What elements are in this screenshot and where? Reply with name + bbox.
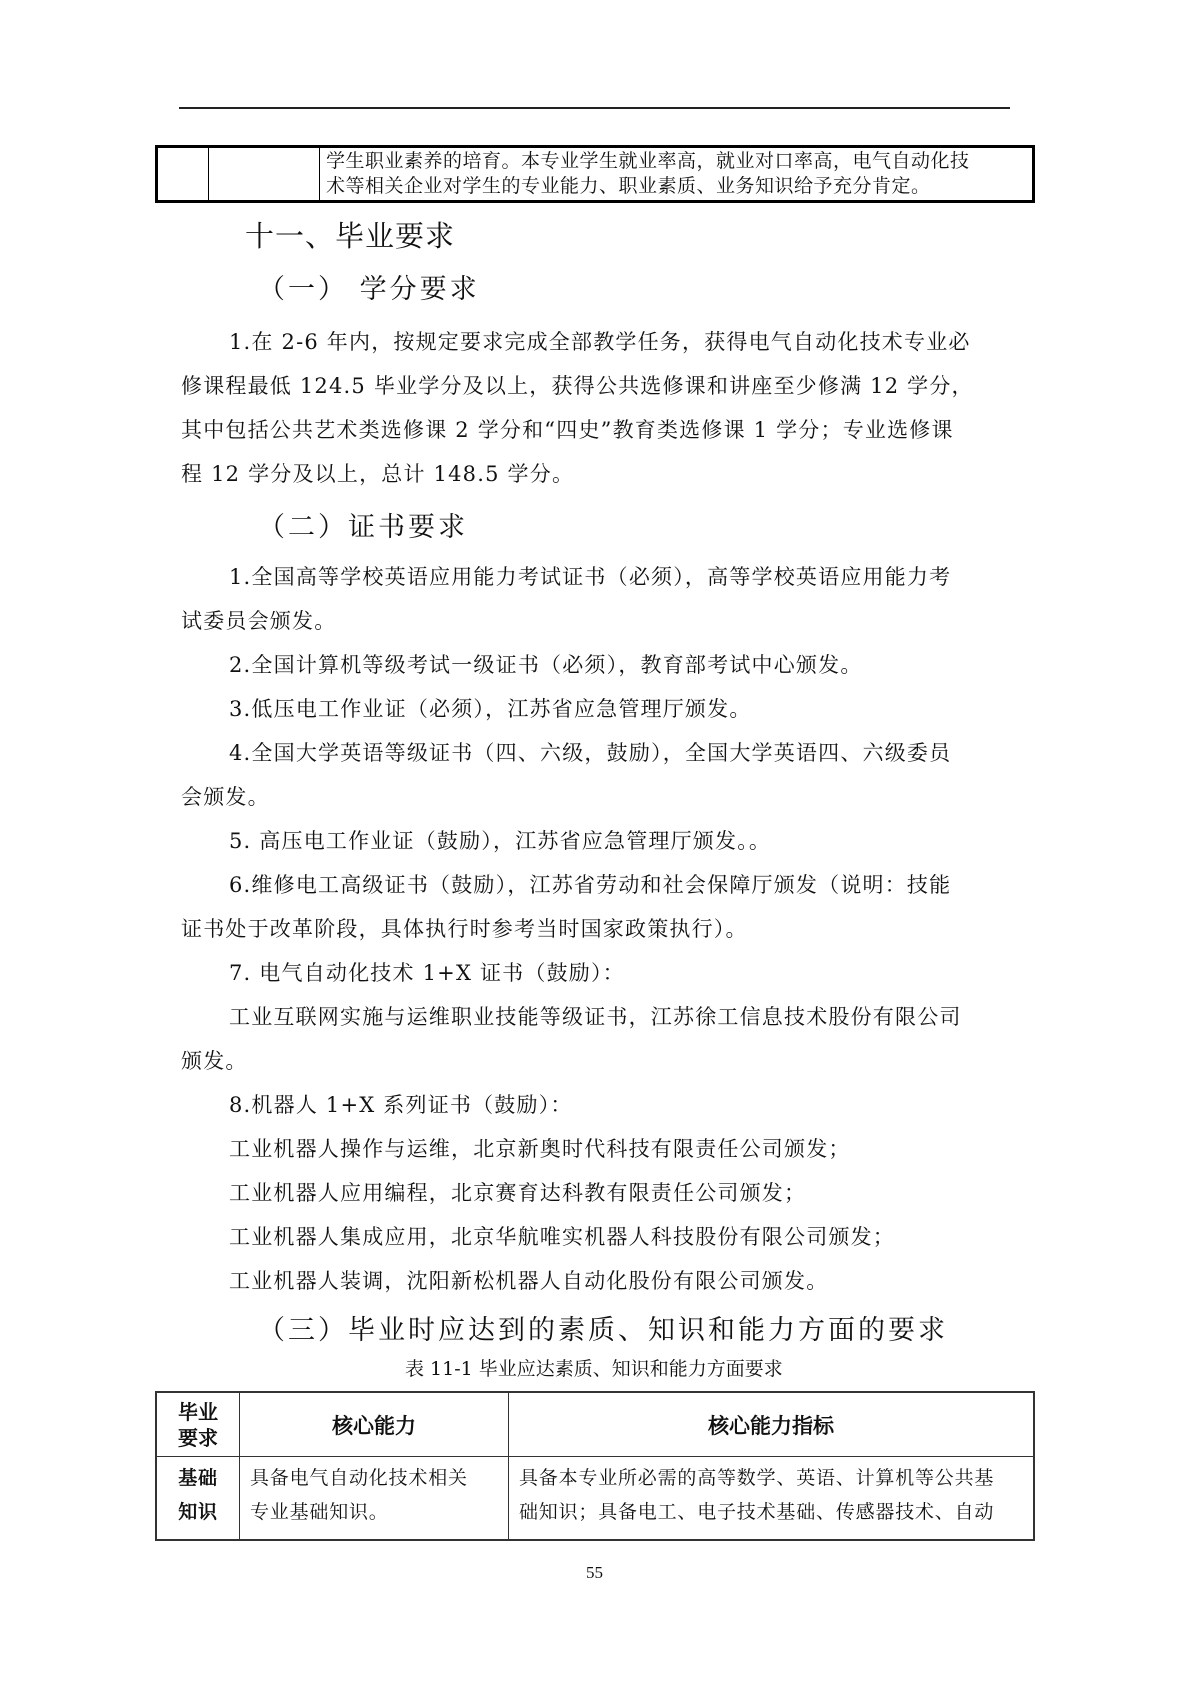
paragraph-line: 8.机器人 1+X 系列证书（鼓励）： (229, 1092, 573, 1118)
paragraph-line: 工业机器人操作与运维，北京新奥时代科技有限责任公司颁发； (229, 1136, 851, 1162)
cell-line: 专业基础知识。 (250, 1495, 498, 1529)
paragraph-line: 工业互联网实施与运维职业技能等级证书，江苏徐工信息技术股份有限公司 (229, 1004, 962, 1030)
column-header-core-ability: 核心能力 (240, 1392, 509, 1457)
paragraph-line: 会颁发。 (181, 784, 270, 810)
table-cell-text: 学生职业素养的培育。本专业学生就业率高，就业对口率高，电气自动化技 术等相关企业… (320, 147, 1034, 202)
page-number: 55 (586, 1563, 603, 1583)
cell-line: 具备电气自动化技术相关 (250, 1461, 498, 1495)
paragraph-line: 1.全国高等学校英语应用能力考试证书（必须），高等学校英语应用能力考 (229, 564, 951, 590)
cell-line: 学生职业素养的培育。本专业学生就业率高，就业对口率高，电气自动化技 (326, 149, 1026, 174)
cell-line: 术等相关企业对学生的专业能力、职业素质、业务知识给予充分肯定。 (326, 174, 1026, 199)
paragraph-line: 试委员会颁发。 (181, 608, 336, 634)
paragraph-line: 工业机器人装调，沈阳新松机器人自动化股份有限公司颁发。 (229, 1268, 828, 1294)
paragraph-line: 工业机器人应用编程，北京赛育达科教有限责任公司颁发； (229, 1180, 806, 1206)
header-line: 毕业 (157, 1399, 239, 1425)
table-row: 基础 知识 具备电气自动化技术相关 专业基础知识。 具备本专业所必需的高等数学、… (156, 1457, 1034, 1541)
table-cell-empty (209, 147, 320, 202)
paragraph-line: 修课程最低 124.5 毕业学分及以上，获得公共选修课和讲座至少修满 12 学分… (181, 373, 974, 399)
cell-core-ability: 具备电气自动化技术相关 专业基础知识。 (240, 1457, 509, 1541)
cell-line: 基础 (157, 1461, 239, 1495)
continued-table: 学生职业素养的培育。本专业学生就业率高，就业对口率高，电气自动化技 术等相关企业… (155, 145, 1035, 203)
subsection-title-credits: （一） 学分要求 (258, 273, 480, 307)
cell-core-indicator: 具备本专业所必需的高等数学、英语、计算机等公共基 础知识；具备电工、电子技术基础… (509, 1457, 1035, 1541)
paragraph-line: 4.全国大学英语等级证书（四、六级，鼓励），全国大学英语四、六级委员 (229, 740, 951, 766)
paragraph-line: 其中包括公共艺术类选修课 2 学分和“四史”教育类选修课 1 学分；专业选修课 (181, 417, 954, 443)
paragraph-line: 6.维修电工高级证书（鼓励），江苏省劳动和社会保障厅颁发（说明：技能 (229, 872, 951, 898)
subsection-title-requirements: （三）毕业时应达到的素质、知识和能力方面的要求 (258, 1314, 948, 1348)
paragraph-line: 3.低压电工作业证（必须），江苏省应急管理厅颁发。 (229, 696, 752, 722)
cell-line: 知识 (157, 1495, 239, 1529)
paragraph-line: 7. 电气自动化技术 1+X 证书（鼓励）： (229, 960, 625, 986)
table-row: 学生职业素养的培育。本专业学生就业率高，就业对口率高，电气自动化技 术等相关企业… (157, 147, 1034, 202)
paragraph-line: 1.在 2-6 年内，按规定要求完成全部教学任务，获得电气自动化技术专业必 (229, 329, 971, 355)
paragraph-line: 证书处于改革阶段，具体执行时参考当时国家政策执行）。 (181, 916, 748, 942)
cell-line: 础知识；具备电工、电子技术基础、传感器技术、自动 (519, 1495, 1023, 1529)
paragraph-line: 颁发。 (181, 1048, 248, 1074)
table-caption: 表 11-1 毕业应达素质、知识和能力方面要求 (405, 1356, 783, 1382)
paragraph-line: 程 12 学分及以上，总计 148.5 学分。 (181, 461, 574, 487)
paragraph-line: 5. 高压电工作业证（鼓励），江苏省应急管理厅颁发。。 (229, 828, 771, 854)
header-line: 要求 (157, 1425, 239, 1451)
cell-requirement: 基础 知识 (156, 1457, 240, 1541)
column-header-requirement: 毕业 要求 (156, 1392, 240, 1457)
section-title: 十一、毕业要求 (245, 218, 455, 254)
table-cell-empty (157, 147, 209, 202)
paragraph-line: 2.全国计算机等级考试一级证书（必须），教育部考试中心颁发。 (229, 652, 863, 678)
header-rule (179, 107, 1010, 109)
cell-line: 具备本专业所必需的高等数学、英语、计算机等公共基 (519, 1461, 1023, 1495)
column-header-core-indicator: 核心能力指标 (509, 1392, 1035, 1457)
subsection-title-certificates: （二）证书要求 (258, 511, 468, 545)
paragraph-line: 工业机器人集成应用，北京华航唯实机器人科技股份有限公司颁发； (229, 1224, 895, 1250)
requirements-table: 毕业 要求 核心能力 核心能力指标 基础 知识 具备电气自动化技术相关 专业基础… (155, 1391, 1035, 1541)
table-header-row: 毕业 要求 核心能力 核心能力指标 (156, 1392, 1034, 1457)
